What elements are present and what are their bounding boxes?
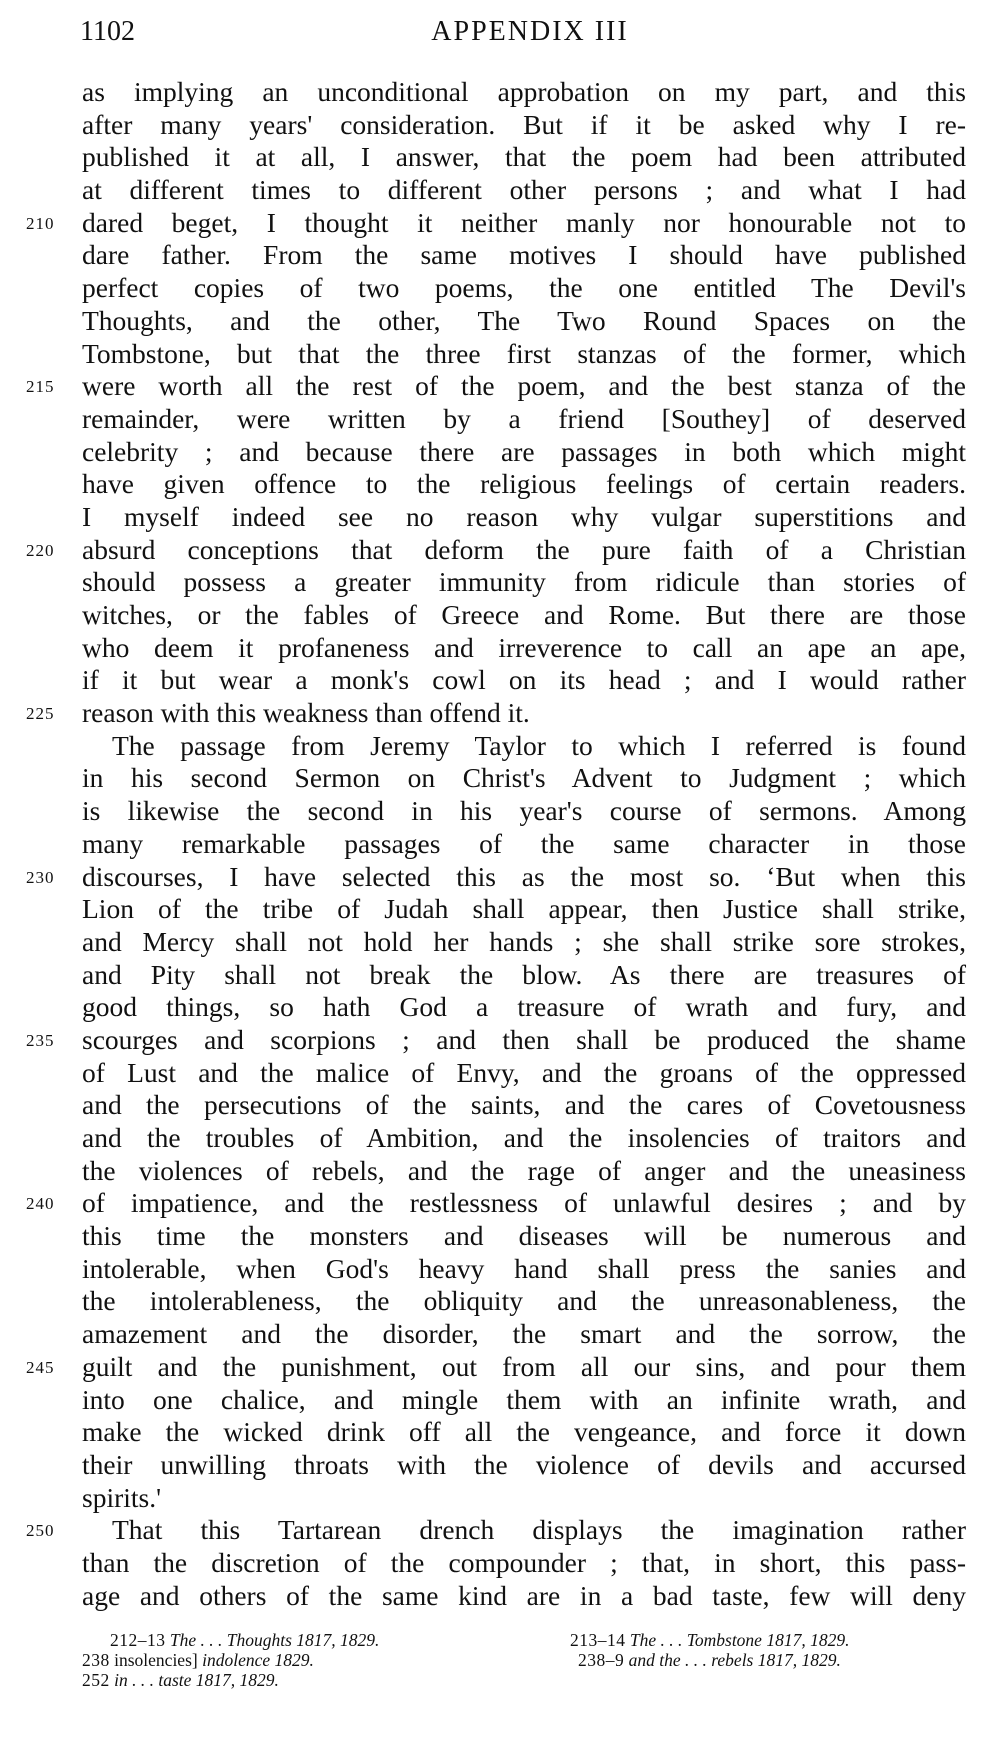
- footnote-lemma: insolencies]: [114, 1650, 198, 1670]
- text-line: the violences of rebels, and the rage of…: [0, 1155, 1000, 1188]
- text-line: The passage from Jeremy Taylor to which …: [0, 730, 1000, 763]
- text-line: and the troubles of Ambition, and the in…: [0, 1122, 1000, 1155]
- text-line: many remarkable passages of the same cha…: [0, 828, 1000, 861]
- line-number: 210: [26, 208, 76, 241]
- line-text: celebrity ; and because there are passag…: [82, 436, 966, 469]
- line-text: absurd conceptions that deform the pure …: [82, 534, 966, 567]
- text-line: should possess a greater immunity from r…: [0, 566, 1000, 599]
- line-number: 220: [26, 535, 76, 568]
- footnote-ref: 212–13: [110, 1630, 166, 1650]
- line-text: The passage from Jeremy Taylor to which …: [112, 730, 966, 763]
- line-text: after many years' consideration. But if …: [82, 109, 966, 142]
- text-line: into one chalice, and mingle them with a…: [0, 1384, 1000, 1417]
- text-line: I myself indeed see no reason why vulgar…: [0, 501, 1000, 534]
- line-text: That this Tartarean drench displays the …: [112, 1514, 966, 1547]
- text-line: 240of impatience, and the restlessness o…: [0, 1187, 1000, 1220]
- line-text: of impatience, and the restlessness of u…: [82, 1187, 966, 1220]
- line-number: 240: [26, 1188, 76, 1221]
- line-text: dare father. From the same motives I sho…: [82, 239, 966, 272]
- line-text: as implying an unconditional approbation…: [82, 76, 966, 109]
- text-line: and Mercy shall not hold her hands ; she…: [0, 926, 1000, 959]
- footnote-ref: 238–9: [578, 1650, 624, 1670]
- line-text: intolerable, when God's heavy hand shall…: [82, 1253, 966, 1286]
- line-text: should possess a greater immunity from r…: [82, 566, 966, 599]
- line-number: 230: [26, 862, 76, 895]
- text-line: at different times to different other pe…: [0, 174, 1000, 207]
- text-line: 215were worth all the rest of the poem, …: [0, 370, 1000, 403]
- text-line: Tombstone, but that the three first stan…: [0, 338, 1000, 371]
- text-line: Thoughts, and the other, The Two Round S…: [0, 305, 1000, 338]
- text-line: as implying an unconditional approbation…: [0, 76, 1000, 109]
- text-line: published it at all, I answer, that the …: [0, 141, 1000, 174]
- text-line: 230discourses, I have selected this as t…: [0, 861, 1000, 894]
- footnote-ref: 213–14: [570, 1630, 626, 1650]
- footnote-text: The . . . Thoughts 1817, 1829.: [170, 1630, 380, 1650]
- footnote-text: indolence 1829.: [202, 1650, 314, 1670]
- text-line: intolerable, when God's heavy hand shall…: [0, 1253, 1000, 1286]
- footnote: 252 in . . . taste 1817, 1829.: [82, 1670, 279, 1691]
- line-text: the intolerableness, the obliquity and t…: [82, 1285, 966, 1318]
- text-line: amazement and the disorder, the smart an…: [0, 1318, 1000, 1351]
- footnote: 238 insolencies] indolence 1829.: [82, 1650, 314, 1671]
- text-line: 235scourges and scorpions ; and then sha…: [0, 1024, 1000, 1057]
- text-line: than the discretion of the compounder ; …: [0, 1547, 1000, 1580]
- footnote-text: and the . . . rebels 1817, 1829.: [629, 1650, 841, 1670]
- footnote-text: The . . . Tombstone 1817, 1829.: [630, 1630, 850, 1650]
- line-text: many remarkable passages of the same cha…: [82, 828, 966, 861]
- line-text: have given offence to the religious feel…: [82, 468, 966, 501]
- text-line: celebrity ; and because there are passag…: [0, 436, 1000, 469]
- line-number: 245: [26, 1352, 76, 1385]
- line-text: remainder, were written by a friend [Sou…: [82, 403, 966, 436]
- line-text: who deem it profaneness and irreverence …: [82, 632, 966, 665]
- line-number: 215: [26, 371, 76, 404]
- page-header: 1102 APPENDIX III: [0, 14, 1000, 54]
- footnote-ref: 238: [82, 1650, 110, 1670]
- line-text: age and others of the same kind are in a…: [82, 1580, 966, 1613]
- text-line: 245guilt and the punishment, out from al…: [0, 1351, 1000, 1384]
- text-line: and Pity shall not break the blow. As th…: [0, 959, 1000, 992]
- line-text: Tombstone, but that the three first stan…: [82, 338, 966, 371]
- line-text: amazement and the disorder, the smart an…: [82, 1318, 966, 1351]
- text-line: 220absurd conceptions that deform the pu…: [0, 534, 1000, 567]
- line-text: guilt and the punishment, out from all o…: [82, 1351, 966, 1384]
- text-line: perfect copies of two poems, the one ent…: [0, 272, 1000, 305]
- line-text: and the persecutions of the saints, and …: [82, 1089, 966, 1122]
- line-text: published it at all, I answer, that the …: [82, 141, 966, 174]
- line-text: discourses, I have selected this as the …: [82, 861, 966, 894]
- line-text: than the discretion of the compounder ; …: [82, 1547, 966, 1580]
- text-line: age and others of the same kind are in a…: [0, 1580, 1000, 1613]
- line-text: good things, so hath God a treasure of w…: [82, 991, 966, 1024]
- text-line: and the persecutions of the saints, and …: [0, 1089, 1000, 1122]
- footnote-text: in . . . taste 1817, 1829.: [114, 1670, 279, 1690]
- text-line: have given offence to the religious feel…: [0, 468, 1000, 501]
- footnote: 238–9 and the . . . rebels 1817, 1829.: [578, 1650, 841, 1671]
- line-text: witches, or the fables of Greece and Rom…: [82, 599, 966, 632]
- text-line: remainder, were written by a friend [Sou…: [0, 403, 1000, 436]
- line-text: and Mercy shall not hold her hands ; she…: [82, 926, 966, 959]
- text-line: of Lust and the malice of Envy, and the …: [0, 1057, 1000, 1090]
- line-text: in his second Sermon on Christ's Advent …: [82, 762, 966, 795]
- text-line: spirits.': [0, 1482, 1000, 1515]
- line-text: make the wicked drink off all the vengea…: [82, 1416, 966, 1449]
- line-text: perfect copies of two poems, the one ent…: [82, 272, 966, 305]
- text-line: this time the monsters and diseases will…: [0, 1220, 1000, 1253]
- line-text: the violences of rebels, and the rage of…: [82, 1155, 966, 1188]
- line-number: 235: [26, 1025, 76, 1058]
- text-line: in his second Sermon on Christ's Advent …: [0, 762, 1000, 795]
- line-text: of Lust and the malice of Envy, and the …: [82, 1057, 966, 1090]
- line-text: reason with this weakness than offend it…: [82, 697, 966, 730]
- line-text: I myself indeed see no reason why vulgar…: [82, 501, 966, 534]
- line-text: is likewise the second in his year's cou…: [82, 795, 966, 828]
- line-number: 225: [26, 698, 76, 731]
- line-number: 250: [26, 1515, 76, 1548]
- line-text: their unwilling throats with the violenc…: [82, 1449, 966, 1482]
- line-text: if it but wear a monk's cowl on its head…: [82, 664, 966, 697]
- text-line: their unwilling throats with the violenc…: [0, 1449, 1000, 1482]
- footnote: 213–14 The . . . Tombstone 1817, 1829.: [570, 1630, 849, 1651]
- line-text: and the troubles of Ambition, and the in…: [82, 1122, 966, 1155]
- line-text: into one chalice, and mingle them with a…: [82, 1384, 966, 1417]
- running-head: APPENDIX III: [0, 16, 1000, 48]
- text-line: Lion of the tribe of Judah shall appear,…: [0, 893, 1000, 926]
- line-text: dared beget, I thought it neither manly …: [82, 207, 966, 240]
- line-text: Lion of the tribe of Judah shall appear,…: [82, 893, 966, 926]
- text-line: witches, or the fables of Greece and Rom…: [0, 599, 1000, 632]
- line-text: this time the monsters and diseases will…: [82, 1220, 966, 1253]
- line-text: were worth all the rest of the poem, and…: [82, 370, 966, 403]
- footnote: 212–13 The . . . Thoughts 1817, 1829.: [110, 1630, 379, 1651]
- footnote-ref: 252: [82, 1670, 110, 1690]
- text-line: is likewise the second in his year's cou…: [0, 795, 1000, 828]
- text-line: after many years' consideration. But if …: [0, 109, 1000, 142]
- line-text: at different times to different other pe…: [82, 174, 966, 207]
- text-line: who deem it profaneness and irreverence …: [0, 632, 1000, 665]
- text-line: good things, so hath God a treasure of w…: [0, 991, 1000, 1024]
- text-line: 250That this Tartarean drench displays t…: [0, 1514, 1000, 1547]
- body-text: as implying an unconditional approbation…: [0, 76, 1000, 1612]
- line-text: spirits.': [82, 1482, 966, 1515]
- text-line: 225reason with this weakness than offend…: [0, 697, 1000, 730]
- line-text: and Pity shall not break the blow. As th…: [82, 959, 966, 992]
- line-text: Thoughts, and the other, The Two Round S…: [82, 305, 966, 338]
- line-text: scourges and scorpions ; and then shall …: [82, 1024, 966, 1057]
- text-line: if it but wear a monk's cowl on its head…: [0, 664, 1000, 697]
- text-line: dare father. From the same motives I sho…: [0, 239, 1000, 272]
- text-line: make the wicked drink off all the vengea…: [0, 1416, 1000, 1449]
- text-line: 210dared beget, I thought it neither man…: [0, 207, 1000, 240]
- text-line: the intolerableness, the obliquity and t…: [0, 1285, 1000, 1318]
